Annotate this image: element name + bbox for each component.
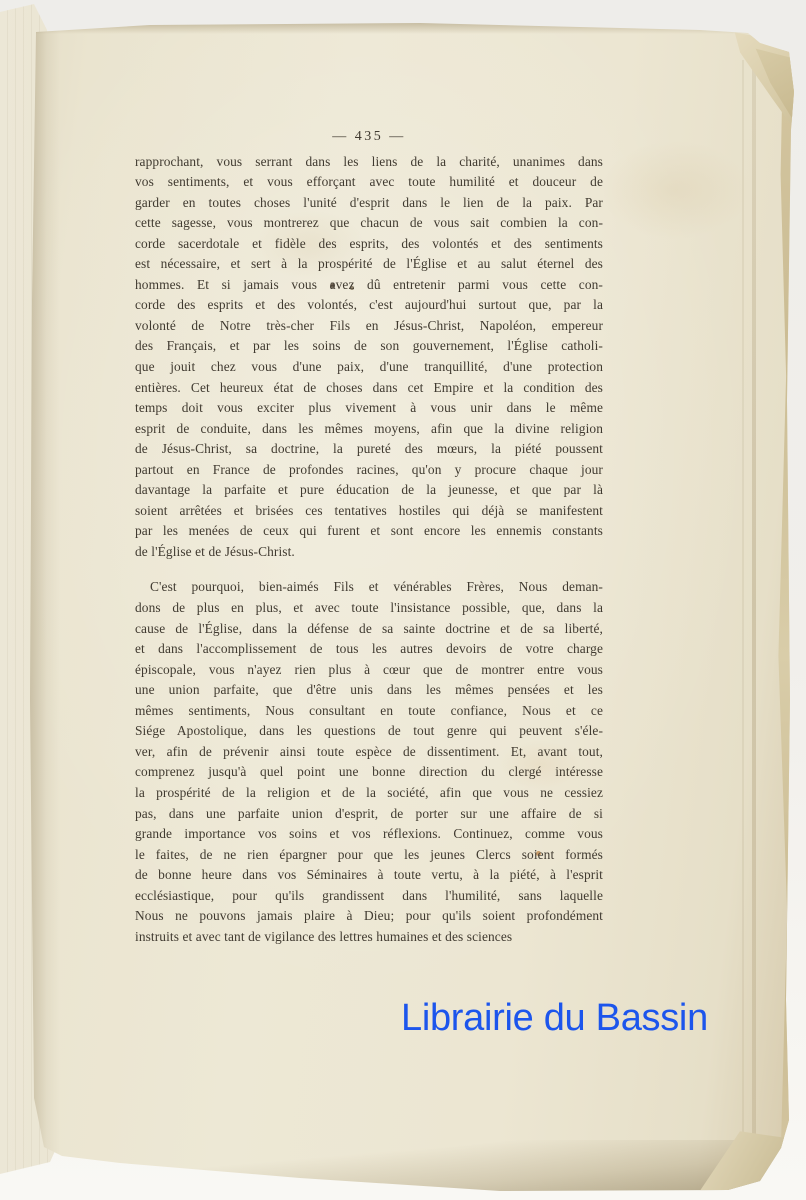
text-line: et dans l'accomplissement de tous les au… xyxy=(135,639,603,660)
page-bottom-edge-shadow xyxy=(36,1140,786,1194)
text-line: est nécessaire, et sert à la prospérité … xyxy=(135,254,603,275)
text-line: que jouit chez vous d'une paix, d'une tr… xyxy=(135,357,603,378)
text-line: volonté de Notre très-cher Fils en Jésus… xyxy=(135,316,603,337)
text-line: de Jésus-Christ, sa doctrine, la pureté … xyxy=(135,439,603,460)
text-line: comprenez jusqu'à quel point une bonne d… xyxy=(135,762,603,783)
text-line: de bonne heure dans vos Séminaires à tou… xyxy=(135,865,603,886)
text-line: rapprochant, vous serrant dans les liens… xyxy=(135,152,603,173)
text-line: partout en France de profondes racines, … xyxy=(135,460,603,481)
text-line: vos sentiments, et vous efforçant avec t… xyxy=(135,172,603,193)
text-line: ecclésiastique, pour qu'ils grandissent … xyxy=(135,886,603,907)
text-line: des Français, et par les soins de son go… xyxy=(135,336,603,357)
text-line: instruits et avec tant de vigilance des … xyxy=(135,927,603,948)
right-fold-crease-light xyxy=(742,60,744,1140)
paragraph: rapprochant, vous serrant dans les liens… xyxy=(135,152,603,563)
text-line: temps doit vous exciter plus vivement à … xyxy=(135,398,603,419)
text-line: mêmes sentiments, Nous consultant en tou… xyxy=(135,701,603,722)
text-line: Nous ne pouvons jamais plaire à Dieu; po… xyxy=(135,906,603,927)
book-page: — 435 — rapprochant, vous serrant dans l… xyxy=(0,0,806,1200)
right-fold-crease xyxy=(752,30,756,1180)
text-line: Siége Apostolique, dans les questions de… xyxy=(135,721,603,742)
text-line: de l'Église et de Jésus-Christ. xyxy=(135,542,603,563)
text-line: corde sacerdotale et fidèle des esprits,… xyxy=(135,234,603,255)
text-line: ver, afin de prévenir ainsi toute espèce… xyxy=(135,742,603,763)
text-line: dons de plus en plus, et avec toute l'in… xyxy=(135,598,603,619)
text-line: la prospérité de la religion et de la so… xyxy=(135,783,603,804)
text-line: garder en toutes choses l'unité d'esprit… xyxy=(135,193,603,214)
gutter-shadow xyxy=(30,22,60,1172)
text-line: pas, dans une parfaite union d'esprit, d… xyxy=(135,804,603,825)
text-line: cette sagesse, vous montrerez que chacun… xyxy=(135,213,603,234)
text-line: C'est pourquoi, bien-aimés Fils et vénér… xyxy=(135,577,603,598)
paragraphs: rapprochant, vous serrant dans les liens… xyxy=(135,152,603,948)
text-line: le faites, de ne rien épargner pour que … xyxy=(135,845,603,866)
text-line: grande importance vos soins et vos réfle… xyxy=(135,824,603,845)
text-column: — 435 — rapprochant, vous serrant dans l… xyxy=(135,127,603,947)
text-line: hommes. Et si jamais vous avez dû entret… xyxy=(135,275,603,296)
text-line: une union parfaite, que d'être unis dans… xyxy=(135,680,603,701)
page-number: — 435 — xyxy=(135,127,603,148)
page-top-edge-shadow xyxy=(30,22,792,34)
text-line: par les menées de ceux qui furent et son… xyxy=(135,521,603,542)
book-photo: — 435 — rapprochant, vous serrant dans l… xyxy=(0,0,806,1200)
watermark-text: Librairie du Bassin xyxy=(401,997,708,1040)
text-line: corde des esprits et des volontés, c'est… xyxy=(135,295,603,316)
text-line: épiscopale, vous n'ayez rien plus à cœur… xyxy=(135,660,603,681)
deckle-edge xyxy=(774,40,796,1160)
text-line: esprit de conduite, dans les mêmes moyen… xyxy=(135,419,603,440)
paragraph: C'est pourquoi, bien-aimés Fils et vénér… xyxy=(135,577,603,947)
text-line: cause de l'Église, dans la défense de sa… xyxy=(135,619,603,640)
paper-stain xyxy=(600,140,750,240)
text-line: davantage la parfaite et pure éducation … xyxy=(135,480,603,501)
text-line: entières. Cet heureux état de choses dan… xyxy=(135,378,603,399)
text-line: soient arrêtées et brisées ces tentative… xyxy=(135,501,603,522)
